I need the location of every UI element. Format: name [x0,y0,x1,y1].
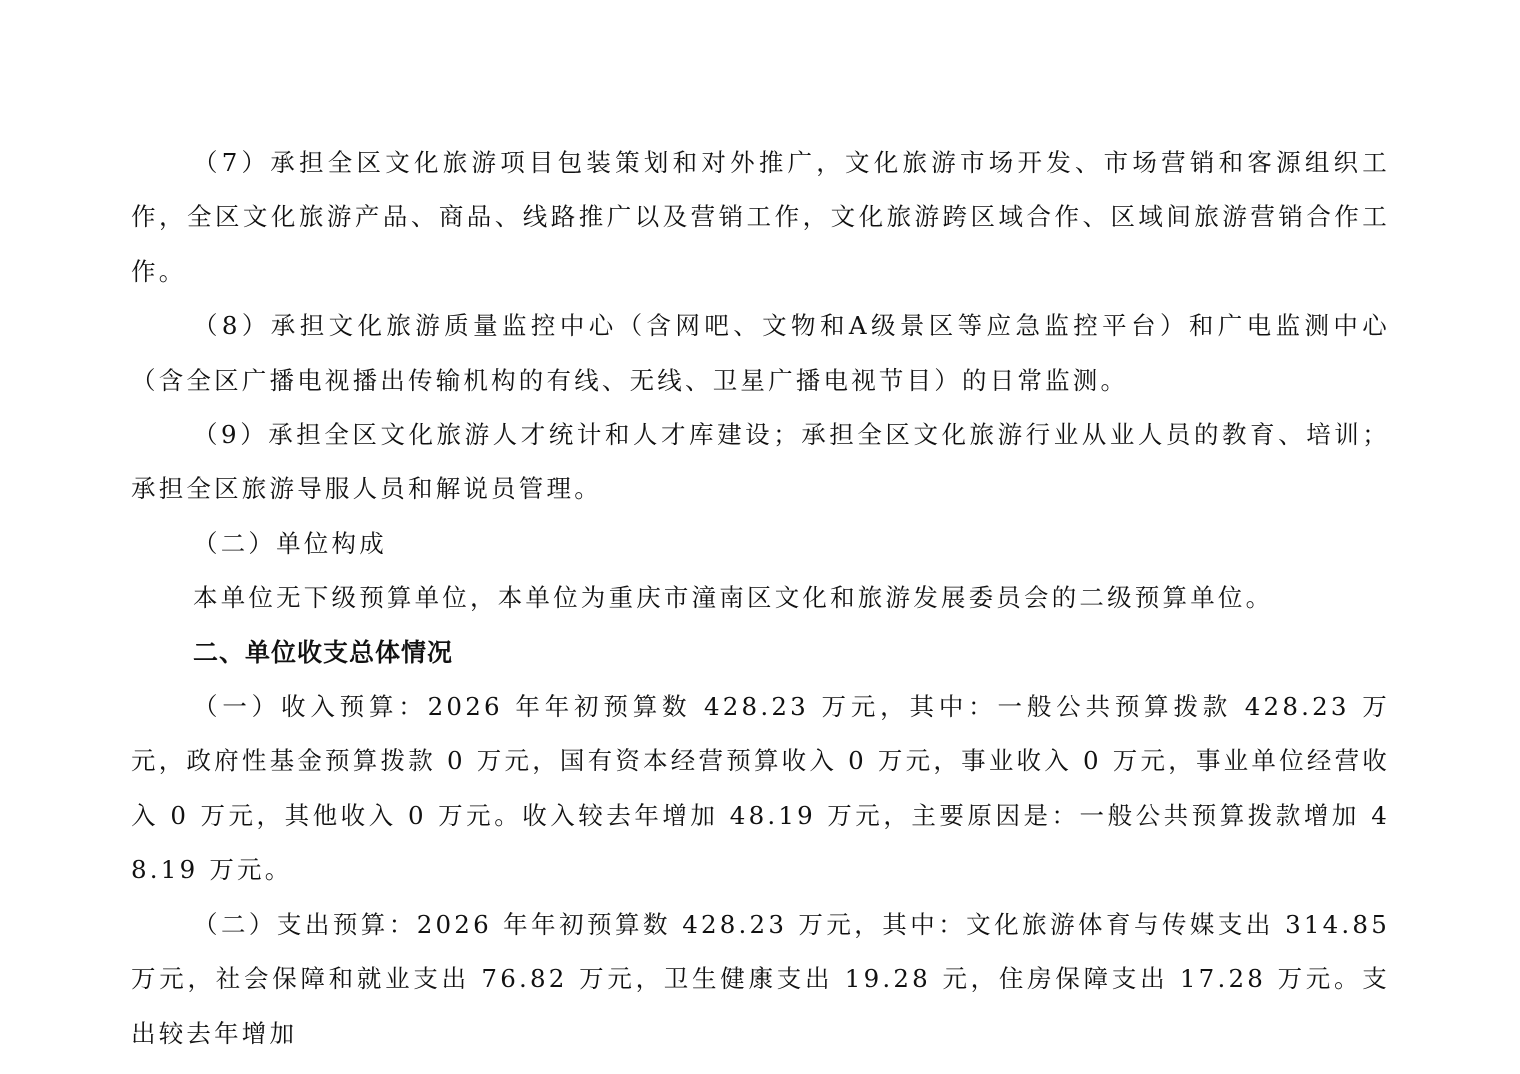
paragraph-duty-9: （9）承担全区文化旅游人才统计和人才库建设；承担全区文化旅游行业从业人员的教育、… [131,408,1390,517]
section-heading-income-expenditure: 二、单位收支总体情况 [131,626,1390,680]
paragraph-unit-composition: 本单位无下级预算单位，本单位为重庆市潼南区文化和旅游发展委员会的二级预算单位。 [131,571,1390,625]
paragraph-duty-7: （7）承担全区文化旅游项目包装策划和对外推广，文化旅游市场开发、市场营销和客源组… [131,136,1390,299]
document-page: （7）承担全区文化旅游项目包装策划和对外推广，文化旅游市场开发、市场营销和客源组… [0,0,1520,1074]
paragraph-duty-8: （8）承担文化旅游质量监控中心（含网吧、文物和A级景区等应急监控平台）和广电监测… [131,299,1390,408]
page-number: 2 [0,966,1520,983]
subheading-unit-composition: （二）单位构成 [131,517,1390,571]
document-body: （7）承担全区文化旅游项目包装策划和对外推广，文化旅游市场开发、市场营销和客源组… [131,136,1390,1061]
paragraph-income-budget: （一）收入预算：2026 年年初预算数 428.23 万元，其中：一般公共预算拨… [131,680,1390,898]
